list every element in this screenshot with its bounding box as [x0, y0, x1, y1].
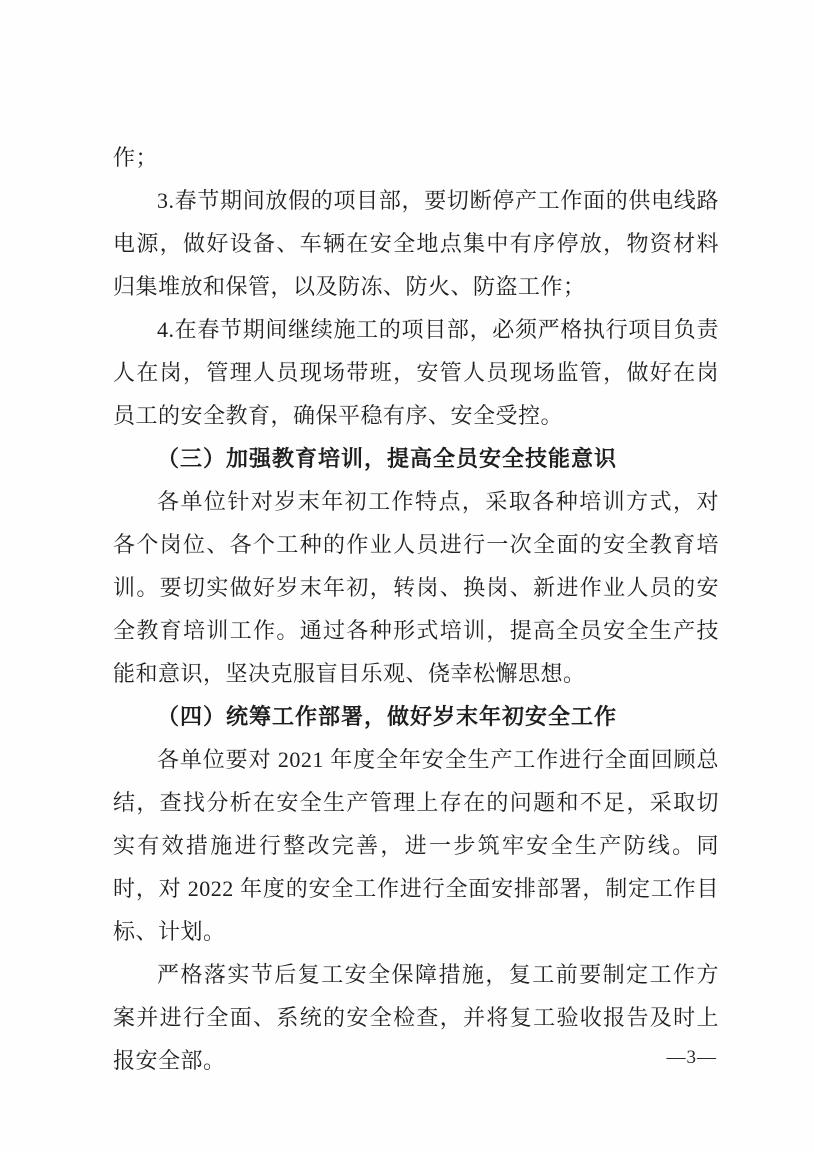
body-paragraph: 各单位针对岁末年初工作特点，采取各种培训方式，对各个岗位、各个工种的作业人员进行…	[113, 480, 719, 695]
body-paragraph: 严格落实节后复工安全保障措施，复工前要制定工作方案并进行全面、系统的安全检查，并…	[113, 953, 719, 1082]
body-paragraph: 3.春节期间放假的项目部，要切断停产工作面的供电线路电源，做好设备、车辆在安全地…	[113, 179, 719, 308]
document-page: 作；3.春节期间放假的项目部，要切断停产工作面的供电线路电源，做好设备、车辆在安…	[0, 0, 814, 1152]
body-paragraph: 4.在春节期间继续施工的项目部，必须严格执行项目负责人在岗，管理人员现场带班，安…	[113, 308, 719, 437]
body-paragraph: 各单位要对 2021 年度全年安全生产工作进行全面回顾总结，查找分析在安全生产管…	[113, 738, 719, 953]
page-number: —3—	[667, 1046, 718, 1070]
section-heading: （四）统筹工作部署，做好岁末年初安全工作	[113, 695, 719, 738]
document-body: 作；3.春节期间放假的项目部，要切断停产工作面的供电线路电源，做好设备、车辆在安…	[113, 136, 719, 1082]
body-paragraph: 作；	[113, 136, 719, 179]
section-heading: （三）加强教育培训，提高全员安全技能意识	[113, 437, 719, 480]
